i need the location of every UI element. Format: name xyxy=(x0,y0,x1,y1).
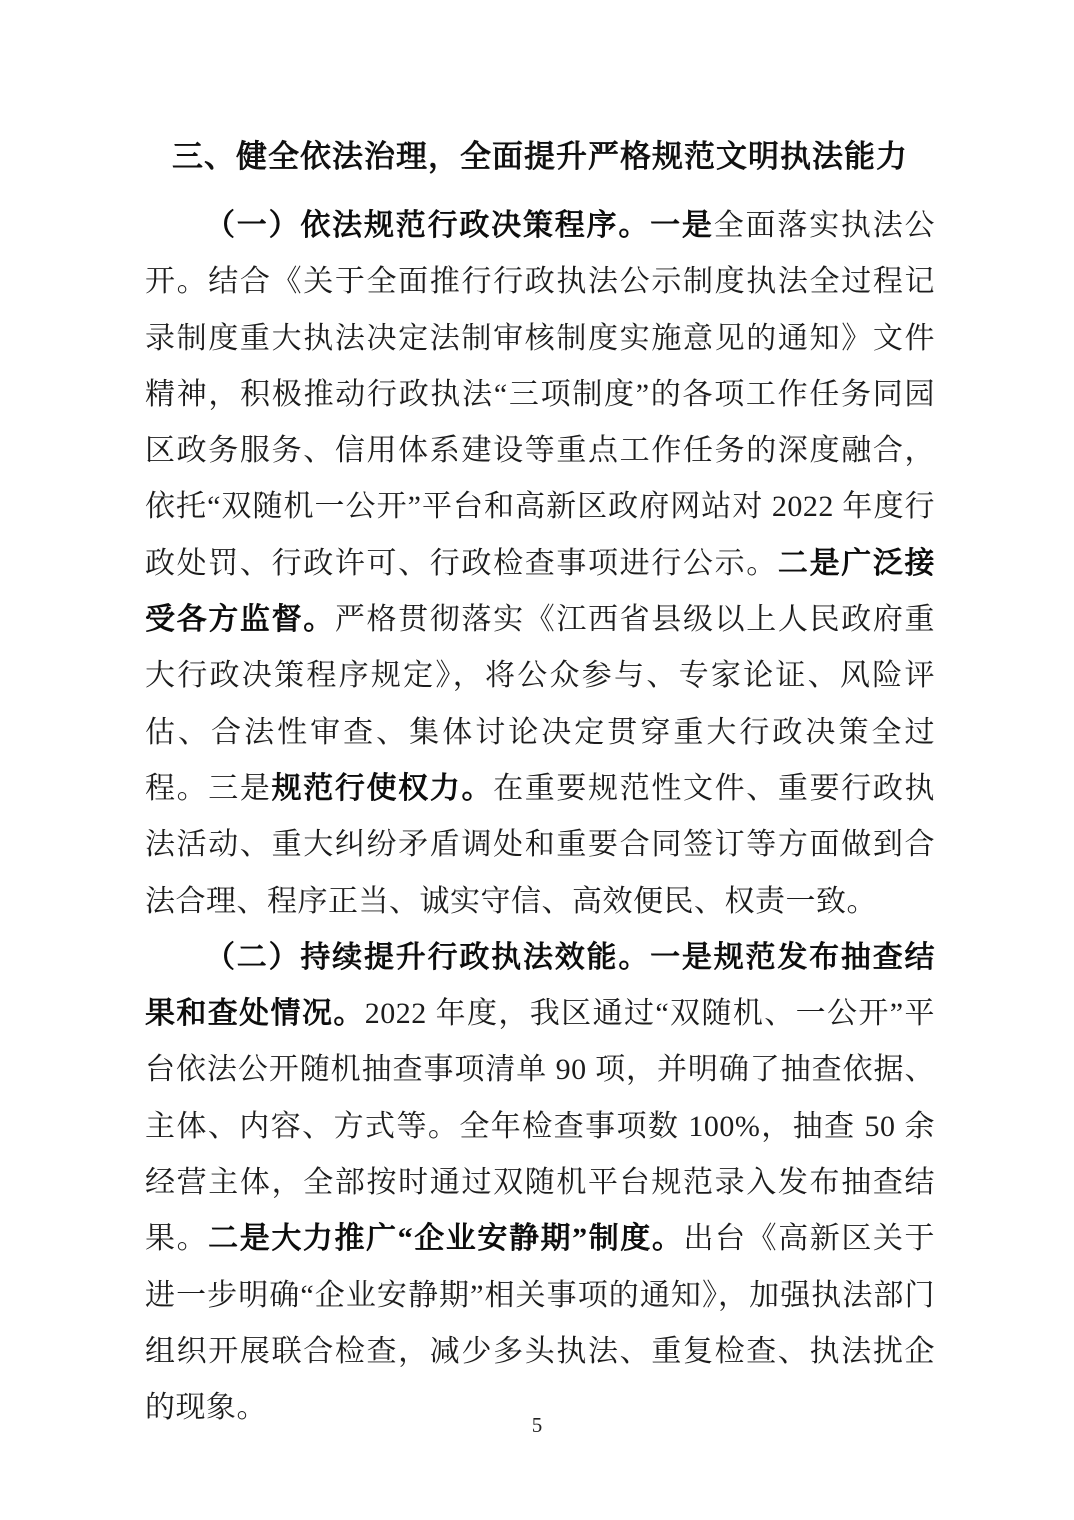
document-content: 三、健全依法治理，全面提升严格规范文明执法能力 （一）依法规范行政决策程序。一是… xyxy=(0,0,1074,1437)
emphasis-text-run: （一）依法规范行政决策程序。一是 xyxy=(205,209,714,242)
page-number: 5 xyxy=(0,1413,1074,1438)
section-heading: 三、健全依法治理，全面提升严格规范文明执法能力 xyxy=(145,128,935,186)
emphasis-text-run: 规范行使权力。 xyxy=(272,772,494,805)
text-run: 全面落实执法公开。结合《关于全面推行行政执法公示制度执法全过程记录制度重大执法决… xyxy=(145,209,935,580)
document-body: （一）依法规范行政决策程序。一是全面落实执法公开。结合《关于全面推行行政执法公示… xyxy=(145,198,935,1437)
paragraph: （二）持续提升行政执法效能。一是规范发布抽查结果和查处情况。2022 年度，我区… xyxy=(145,930,935,1437)
emphasis-text-run: 二是大力推广“企业安静期”制度。 xyxy=(208,1222,683,1255)
text-run: 2022 年度，我区通过“双随机、一公开”平台依法公开随机抽查事项清单 90 项… xyxy=(145,997,935,1255)
paragraph: （一）依法规范行政决策程序。一是全面落实执法公开。结合《关于全面推行行政执法公示… xyxy=(145,198,935,930)
document-page: 三、健全依法治理，全面提升严格规范文明执法能力 （一）依法规范行政决策程序。一是… xyxy=(0,0,1074,1520)
